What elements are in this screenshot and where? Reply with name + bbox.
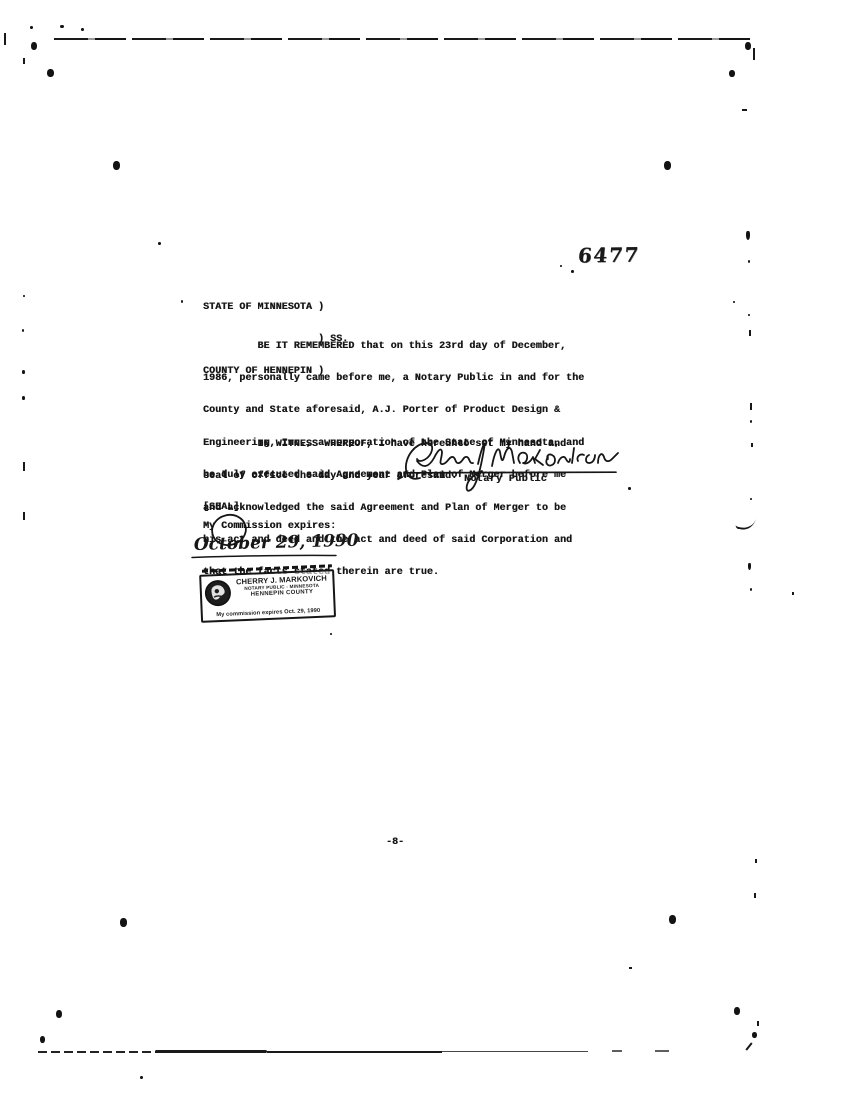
punch-hole-mark bbox=[669, 915, 676, 924]
scan-speck bbox=[753, 48, 755, 60]
scan-speck bbox=[181, 300, 183, 303]
scan-bottom-edge-line bbox=[38, 1051, 156, 1053]
scan-bottom-edge-line bbox=[267, 1051, 442, 1053]
scan-speck bbox=[40, 1036, 45, 1043]
stamp-expiration-line: My commission expires Oct. 29, 1990 bbox=[204, 607, 333, 619]
scan-speck bbox=[733, 301, 735, 303]
paragraph-line: BE IT REMEMBERED that on this 23rd day o… bbox=[203, 342, 584, 353]
scan-speck bbox=[748, 314, 750, 316]
notary-public-label: Notary Public bbox=[464, 474, 547, 485]
handwritten-date-text: October 29, 1990 bbox=[194, 531, 359, 555]
page-stamp-number: 6477 bbox=[577, 242, 641, 267]
scan-speck bbox=[30, 26, 33, 29]
scan-speck bbox=[628, 487, 631, 490]
scan-speck bbox=[745, 1042, 752, 1050]
scan-bottom-edge-line bbox=[612, 1050, 622, 1052]
handwritten-date: October 29, 1990 bbox=[188, 506, 358, 566]
scan-speck bbox=[22, 396, 25, 400]
page-number: -8- bbox=[386, 837, 404, 848]
scan-speck bbox=[757, 1021, 759, 1026]
scan-speck bbox=[752, 1032, 757, 1038]
stamp-emblem bbox=[203, 579, 232, 608]
scan-speck bbox=[22, 370, 25, 374]
scan-speck bbox=[750, 403, 752, 410]
stamp-border: CHERRY J. MARKOVICH NOTARY PUBLIC - MINN… bbox=[199, 569, 336, 623]
notary-stamp: CHERRY J. MARKOVICH NOTARY PUBLIC - MINN… bbox=[199, 565, 337, 623]
scan-bottom-edge-line bbox=[655, 1050, 669, 1052]
scan-speck bbox=[629, 967, 632, 969]
punch-hole-mark bbox=[113, 161, 120, 170]
stamp-text-block: CHERRY J. MARKOVICH NOTARY PUBLIC - MINN… bbox=[231, 573, 332, 599]
scan-speck bbox=[734, 1007, 740, 1015]
scan-speck bbox=[754, 893, 756, 898]
scan-speck bbox=[792, 592, 794, 595]
signature-stroke bbox=[518, 448, 618, 466]
scan-speck bbox=[751, 443, 753, 447]
scan-speck bbox=[735, 516, 756, 532]
signature-line bbox=[406, 472, 616, 473]
scan-speck bbox=[746, 231, 750, 240]
scan-speck bbox=[729, 70, 735, 77]
scan-speck bbox=[560, 265, 562, 267]
scan-speck bbox=[23, 295, 25, 297]
notary-signature bbox=[394, 436, 634, 498]
signature-stroke bbox=[492, 448, 514, 466]
scan-top-edge-line bbox=[54, 38, 756, 40]
scan-speck bbox=[742, 109, 747, 111]
scan-speck bbox=[47, 69, 54, 77]
scan-speck bbox=[158, 242, 161, 245]
scan-speck bbox=[23, 58, 25, 64]
scan-speck bbox=[571, 270, 574, 273]
scan-speck bbox=[748, 260, 750, 263]
punch-hole-mark bbox=[664, 161, 671, 170]
scan-speck bbox=[22, 329, 24, 332]
scan-speck bbox=[4, 33, 6, 45]
scan-speck bbox=[60, 25, 64, 28]
scan-speck bbox=[330, 633, 332, 635]
signature-stroke bbox=[417, 450, 473, 466]
scan-bottom-edge-line bbox=[442, 1051, 588, 1052]
scan-speck bbox=[23, 462, 25, 471]
scan-speck bbox=[140, 1076, 143, 1079]
scan-speck bbox=[31, 42, 37, 50]
scan-speck bbox=[750, 588, 752, 591]
scan-bottom-edge-line bbox=[155, 1050, 267, 1053]
scan-speck bbox=[750, 420, 752, 423]
scan-speck bbox=[748, 563, 751, 570]
paragraph-line: 1986, personally came before me, a Notar… bbox=[203, 374, 584, 385]
scan-speck bbox=[749, 330, 751, 336]
scan-speck bbox=[755, 859, 757, 863]
punch-hole-mark bbox=[120, 918, 127, 927]
venue-line: STATE OF MINNESOTA ) bbox=[203, 303, 348, 314]
scan-speck bbox=[745, 42, 751, 50]
handwritten-underline bbox=[192, 555, 336, 557]
scan-speck bbox=[81, 28, 84, 31]
scan-speck bbox=[750, 498, 752, 500]
paragraph-line: County and State aforesaid, A.J. Porter … bbox=[203, 406, 584, 417]
scan-speck bbox=[56, 1010, 62, 1018]
scan-speck bbox=[23, 512, 25, 520]
